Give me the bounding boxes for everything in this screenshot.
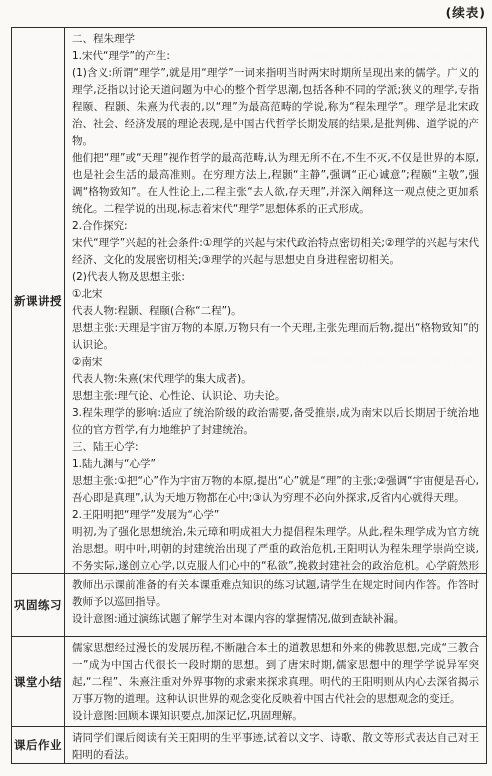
content-paragraph: 思想主张:天理是宇宙万物的本原,万物只有一个天理,主张先理而后物,提出“格物致知… [72, 320, 479, 354]
content-paragraph: 思想主张:①把“心”作为宇宙万物的本原,提出“心”就是“理”的主张;②强调“宇宙… [72, 473, 479, 507]
content-paragraph: 二、程朱理学 [72, 31, 479, 48]
continued-table-label: (续表) [446, 3, 486, 21]
row-content: 儒家思想经过漫长的发展历程,不断融合本土的道教思想和外来的佛教思想,完成“三教合… [65, 637, 486, 726]
row-content: 请同学们课后阅读有关王阳明的生平事迹,试着以文字、诗歌、散文等形式表达自己对王阳… [65, 727, 486, 763]
content-paragraph: 2.合作探究: [72, 218, 479, 235]
row-label: 课后作业 [12, 727, 65, 763]
content-paragraph: 代表人物:程颢、程颐(合称“二程”)。 [72, 303, 479, 320]
row-content: 教师出示课前准备的有关本课重难点知识的练习试题,请学生在规定时间内作答。作答时教… [65, 574, 486, 636]
table-row: 课后作业 请同学们课后阅读有关王阳明的生平事迹,试着以文字、诗歌、散文等形式表达… [12, 727, 486, 763]
content-paragraph: 教师出示课前准备的有关本课重难点知识的练习试题,请学生在规定时间内作答。作答时教… [72, 577, 479, 611]
table-row: 巩固练习 教师出示课前准备的有关本课重难点知识的练习试题,请学生在规定时间内作答… [12, 574, 486, 637]
lesson-plan-table: 新课讲授 二、程朱理学1.宋代“理学”的产生:(1)含义:所谓“理学”,就是用“… [11, 27, 487, 764]
page: (续表) 新课讲授 二、程朱理学1.宋代“理学”的产生:(1)含义:所谓“理学”… [0, 0, 492, 776]
content-paragraph: 宋代“理学”兴起的社会条件:①理学的兴起与宋代政治特点密切相关;②理学的兴起与宋… [72, 235, 479, 269]
content-paragraph: 代表人物:朱熹(宋代理学的集大成者)。 [72, 371, 479, 388]
row-label: 巩固练习 [12, 574, 65, 636]
content-paragraph: (2)代表人物及思想主张: [72, 269, 479, 286]
content-paragraph: 1.陆九渊与“心学” [72, 456, 479, 473]
row-content: 二、程朱理学1.宋代“理学”的产生:(1)含义:所谓“理学”,就是用“理学”一词… [65, 28, 486, 573]
table-row: 课堂小结 儒家思想经过漫长的发展历程,不断融合本土的道教思想和外来的佛教思想,完… [12, 637, 486, 727]
content-paragraph: 3.程朱理学的影响:适应了统治阶级的政治需要,备受推崇,成为南宋以后长期居于统治… [72, 405, 479, 439]
content-paragraph: ②南宋 [72, 354, 479, 371]
row-label: 新课讲授 [12, 28, 65, 573]
content-paragraph: 1.宋代“理学”的产生: [72, 48, 479, 65]
row-label: 课堂小结 [12, 637, 65, 726]
content-paragraph: 2.王阳明把“理学”发展为“心学” [72, 507, 479, 524]
content-paragraph: 儒家思想经过漫长的发展历程,不断融合本土的道教思想和外来的佛教思想,完成“三教合… [72, 640, 479, 708]
content-paragraph: 思想主张:理气论、心性论、认识论、功夫论。 [72, 388, 479, 405]
content-paragraph: 设计意图:回顾本课知识要点,加深记忆,巩固理解。 [72, 708, 479, 725]
content-paragraph: 明初,为了强化思想统治,朱元璋和明成祖大力提倡程朱理学。从此,程朱理学成为官方统… [72, 524, 479, 573]
content-paragraph: 他们把“理”或“天理”视作哲学的最高范畴,认为理无所不在,不生不灭,不仅是世界的… [72, 150, 479, 218]
content-paragraph: 三、陆王心学: [72, 439, 479, 456]
content-paragraph: 设计意图:通过演练试题了解学生对本课内容的掌握情况,做到查缺补漏。 [72, 611, 479, 628]
table-row: 新课讲授 二、程朱理学1.宋代“理学”的产生:(1)含义:所谓“理学”,就是用“… [12, 28, 486, 574]
content-paragraph: 请同学们课后阅读有关王阳明的生平事迹,试着以文字、诗歌、散文等形式表达自己对王阳… [72, 730, 479, 763]
content-paragraph: (1)含义:所谓“理学”,就是用“理学”一词来指明当时两宋时期所呈现出来的儒学。… [72, 65, 479, 150]
content-paragraph: ①北宋 [72, 286, 479, 303]
